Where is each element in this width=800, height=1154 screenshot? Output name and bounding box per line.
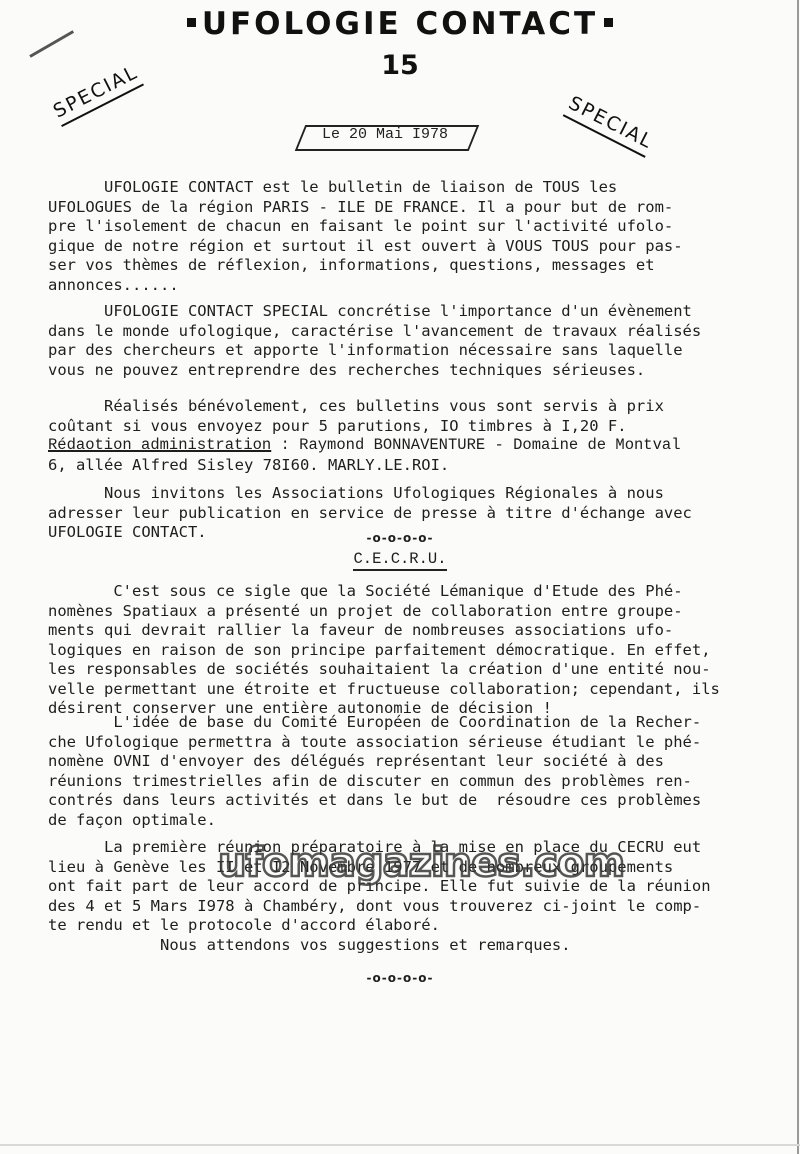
admin-line: Rédaotion administration : Raymond BONNA… (48, 436, 768, 456)
section-separator: -o-o-o-o- (0, 531, 800, 545)
section-separator: -o-o-o-o- (0, 971, 800, 985)
square-bullet-icon (187, 18, 196, 27)
page-edge (0, 1144, 800, 1146)
cecru-idea-paragraph: L'idée de base du Comité Européen de Coo… (48, 713, 768, 830)
square-bullet-icon (604, 18, 613, 27)
bulletin-title-text: UFOLOGIE CONTACT (202, 6, 598, 42)
postal-address: 6, allée Alfred Sisley 78I60. MARLY.LE.R… (48, 456, 768, 476)
pricing-paragraph: Réalisés bénévolement, ces bulletins vou… (48, 397, 768, 436)
admin-contact: : Raymond BONNAVENTURE - Domaine de Mont… (271, 436, 680, 454)
cecru-heading-text: C.E.C.R.U. (353, 550, 446, 571)
watermark: ufomagazines.com (218, 840, 624, 886)
cecru-intro-paragraph: C'est sous ce sigle que la Société Léman… (48, 582, 768, 719)
bulletin-title: UFOLOGIE CONTACT (0, 6, 800, 42)
admin-label: Rédaotion administration (48, 436, 271, 454)
issue-date: Le 20 Mai I978 (300, 126, 470, 143)
section-heading: C.E.C.R.U. (0, 550, 800, 568)
intro-paragraph: UFOLOGIE CONTACT est le bulletin de liai… (48, 178, 768, 295)
special-stamp-right: SPECIAL (563, 92, 657, 158)
special-paragraph: UFOLOGIE CONTACT SPECIAL concrétise l'im… (48, 302, 768, 380)
